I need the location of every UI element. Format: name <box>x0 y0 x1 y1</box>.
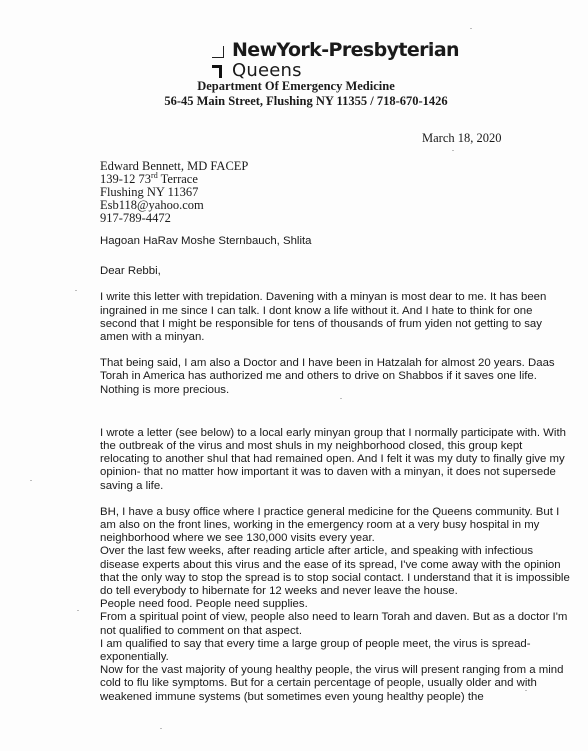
letter-date: March 18, 2020 <box>422 131 502 146</box>
paragraph: I wrote a letter (see below) to a local … <box>100 427 570 493</box>
scan-speck <box>525 690 527 691</box>
sender-phone: 917-789-4472 <box>100 212 248 225</box>
scan-speck <box>75 290 77 291</box>
scan-speck <box>77 610 79 611</box>
paragraph: People need food. People need supplies. <box>100 598 570 611</box>
paragraph: From a spiritual point of view, people a… <box>100 611 570 637</box>
paragraph: Now for the vast majority of young healt… <box>100 664 570 704</box>
paragraph: BH, I have a busy office where I practic… <box>100 506 570 546</box>
logo-name: NewYork-Presbyterian <box>232 39 459 61</box>
paragraph: I am qualified to say that every time a … <box>100 638 570 664</box>
department-name: Department Of Emergency Medicine <box>0 79 588 94</box>
street-suffix: rd <box>151 171 158 180</box>
logo-subtitle: Queens <box>232 60 302 81</box>
scan-speck <box>470 28 472 29</box>
sender-block: Edward Bennett, MD FACEP 139-12 73rd Ter… <box>100 160 248 225</box>
letter-body: Hagoan HaRav Moshe Sternbauch, Shlita De… <box>100 235 570 704</box>
scan-speck <box>160 728 162 729</box>
scan-speck <box>30 480 32 481</box>
paragraph: That being said, I am also a Doctor and … <box>100 357 570 397</box>
letter-page: NewYork-Presbyterian Queens Department O… <box>0 0 588 751</box>
street-name: Terrace <box>158 172 198 186</box>
street-number: 139-12 73 <box>100 172 151 186</box>
paragraph: Over the last few weeks, after reading a… <box>100 545 570 598</box>
scan-speck <box>452 150 454 151</box>
paragraph: I write this letter with trepidation. Da… <box>100 291 570 344</box>
recipient-line: Hagoan HaRav Moshe Sternbauch, Shlita <box>100 235 570 248</box>
hospital-address: 56-45 Main Street, Flushing NY 11355 / 7… <box>0 94 588 109</box>
greeting: Dear Rebbi, <box>100 265 570 278</box>
logo-corner-mark-icon <box>212 46 224 58</box>
scan-speck <box>340 398 342 399</box>
logo-bracket-mark-icon <box>212 65 222 78</box>
